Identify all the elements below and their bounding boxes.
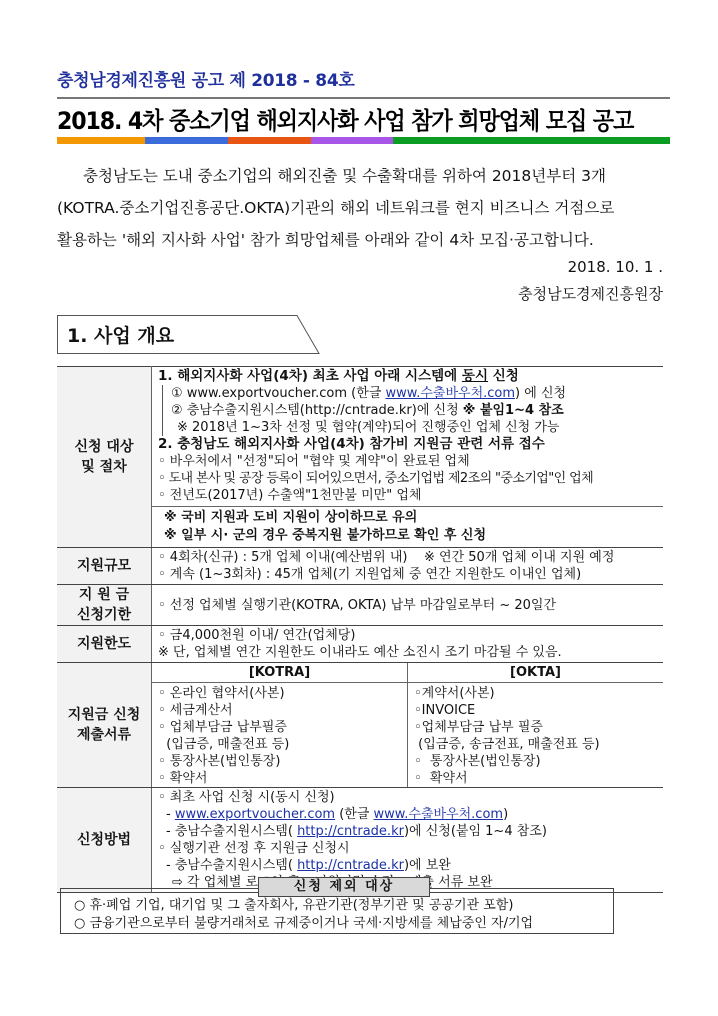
issuer: 충청남도경제진흥원장 bbox=[518, 283, 663, 304]
okta-docs-column: [OKTA] ◦계약서(사본) ◦INVOICE ◦업체부담금 납부 필증 (입… bbox=[407, 663, 663, 787]
intro-line-2: (KOTRA.중소기업진흥공단.OKTA)기관의 해외 네트워크를 현지 비즈니… bbox=[57, 192, 667, 224]
table-row-deadline: 지 원 금 신청기한 ◦ 선정 업체별 실행기관(KOTRA, OKTA) 납부… bbox=[57, 585, 663, 626]
row-body-docs: [KOTRA] ◦ 온라인 협약서(사본) ◦ 세금계산서 ◦ 업체부담금 납부… bbox=[152, 663, 664, 788]
table-row-limit: 지원한도 ◦ 금4,000천원 이내/ 연간(업체당) ※ 단, 업체별 연간 … bbox=[57, 626, 663, 663]
cntrade-link[interactable]: http://cntrade.kr bbox=[297, 824, 404, 839]
row-label-limit: 지원한도 bbox=[57, 626, 152, 663]
apply-note-2: ※ 일부 시· 군의 경우 중복지원 불가하므로 확인 후 신청 bbox=[164, 527, 651, 545]
apply-step-note: ※ 2018년 1~3차 선정 및 협약(계약)되어 진행중인 업체 신청 가능 bbox=[171, 419, 657, 436]
exclusion-item-2: ○ 금융기관으로부터 불량거래처로 규제중이거나 국세·지방세를 체납중인 자/… bbox=[74, 915, 533, 933]
apply-bullet-2: ◦ 도내 본사 및 공장 등록이 되어있으면서, 중소기업법 제2조의 "중소기… bbox=[158, 470, 657, 487]
apply-notes: ※ 국비 지원과 도비 지원이 상이하므로 유의 ※ 일부 시· 군의 경우 중… bbox=[152, 506, 663, 547]
intro-paragraph: 충청남도는 도내 중소기업의 해외진출 및 수출확대를 위하여 2018년부터 … bbox=[57, 160, 667, 256]
table-row-scale: 지원규모 ◦ 4회차(신규) : 5개 업체 이내(예산범위 내) ※ 연간 5… bbox=[57, 548, 663, 585]
color-segment-orange bbox=[57, 137, 145, 144]
row-label-scale: 지원규모 bbox=[57, 548, 152, 585]
exclusion-list: ○ 휴·폐업 기업, 대기업 및 그 출자회사, 유관기관(정부기관 및 공공기… bbox=[74, 897, 533, 933]
kotra-header: [KOTRA] bbox=[152, 663, 407, 683]
color-segment-green bbox=[393, 137, 670, 144]
row-body-scale: ◦ 4회차(신규) : 5개 업체 이내(예산범위 내) ※ 연간 50개 업체… bbox=[152, 548, 664, 585]
table-row-apply: 신청 대상 및 절차 1. 해외지사화 사업(4차) 최초 사업 아래 시스템에… bbox=[57, 367, 663, 548]
voucher-korean-link[interactable]: www.수출바우처.com bbox=[386, 386, 516, 401]
apply-heading-1: 1. 해외지사화 사업(4차) 최초 사업 아래 시스템에 동시 신청 bbox=[158, 368, 657, 385]
okta-header: [OKTA] bbox=[408, 663, 663, 683]
notice-number: 충청남경제진흥원 공고 제 2018 - 84호 bbox=[57, 66, 354, 91]
exclusion-title: 신청 제외 대상 bbox=[258, 877, 430, 897]
apply-heading-2: 2. 충청남도 해외지사화 사업(4차) 참가비 지원금 관련 서류 접수 bbox=[158, 436, 657, 453]
section-heading: 1. 사업 개요 bbox=[57, 315, 327, 353]
page-title: 2018. 4차 중소기업 해외지사화 사업 참가 희망업체 모집 공고 bbox=[57, 101, 621, 136]
row-label-apply: 신청 대상 및 절차 bbox=[57, 367, 152, 548]
kotra-docs-column: [KOTRA] ◦ 온라인 협약서(사본) ◦ 세금계산서 ◦ 업체부담금 납부… bbox=[152, 663, 407, 787]
exportvoucher-link[interactable]: www.exportvoucher.com bbox=[175, 807, 335, 822]
apply-step-1: ① www.exportvoucher.com (한글 www.수출바우처.co… bbox=[171, 385, 657, 402]
apply-bullet-1: ◦ 바우처에서 "선정"되어 "협약 및 계약"이 완료된 업체 bbox=[158, 453, 657, 470]
intro-line-3: 활용하는 '해외 지사화 사업' 참가 희망업체를 아래와 같이 4차 모집·공… bbox=[57, 224, 667, 256]
color-bar bbox=[57, 137, 670, 144]
row-body-deadline: ◦ 선정 업체별 실행기관(KOTRA, OKTA) 납부 마감일로부터 ~ 2… bbox=[152, 585, 664, 626]
row-label-deadline: 지 원 금 신청기한 bbox=[57, 585, 152, 626]
apply-note-1: ※ 국비 지원과 도비 지원이 상이하므로 유의 bbox=[164, 509, 651, 527]
color-segment-red bbox=[228, 137, 311, 144]
exclusion-item-1: ○ 휴·폐업 기업, 대기업 및 그 출자회사, 유관기관(정부기관 및 공공기… bbox=[74, 897, 533, 915]
intro-line-1: 충청남도는 도내 중소기업의 해외진출 및 수출확대를 위하여 2018년부터 … bbox=[57, 160, 667, 192]
title-rule bbox=[57, 97, 670, 99]
apply-steps: ① www.exportvoucher.com (한글 www.수출바우처.co… bbox=[162, 385, 657, 436]
notice-date: 2018. 10. 1 . bbox=[568, 258, 663, 276]
apply-bullet-3: ◦ 전년도(2017년) 수출액"1천만불 미만" 업체 bbox=[158, 487, 657, 504]
color-segment-purple bbox=[311, 137, 393, 144]
table-row-docs: 지원금 신청 제출서류 [KOTRA] ◦ 온라인 협약서(사본) ◦ 세금계산… bbox=[57, 663, 663, 788]
cntrade-link-2[interactable]: http://cntrade.kr bbox=[297, 858, 404, 873]
voucher-korean-link-2[interactable]: www.수출바우처.com bbox=[374, 807, 504, 822]
color-segment-blue bbox=[145, 137, 228, 144]
section-title: 1. 사업 개요 bbox=[67, 321, 174, 348]
row-label-method: 신청방법 bbox=[57, 788, 152, 893]
row-body-limit: ◦ 금4,000천원 이내/ 연간(업체당) ※ 단, 업체별 연간 지원한도 … bbox=[152, 626, 664, 663]
row-label-docs: 지원금 신청 제출서류 bbox=[57, 663, 152, 788]
apply-step-2: ② 충남수출지원시스템(http://cntrade.kr)에 신청 ※ 붙임1… bbox=[171, 402, 657, 419]
overview-table: 신청 대상 및 절차 1. 해외지사화 사업(4차) 최초 사업 아래 시스템에… bbox=[57, 366, 663, 893]
row-body-apply: 1. 해외지사화 사업(4차) 최초 사업 아래 시스템에 동시 신청 ① ww… bbox=[152, 367, 664, 548]
